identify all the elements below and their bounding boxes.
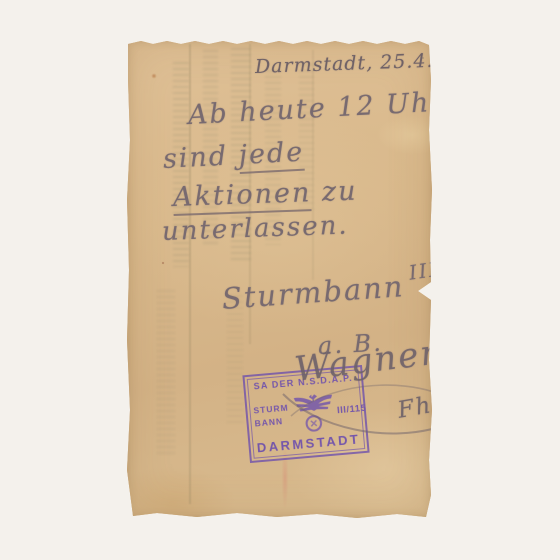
underlined-word: jede xyxy=(238,137,305,174)
unit-number-fraction: III/115 xyxy=(407,250,495,301)
handwriting-line-1: Ab heute 12 Uhr xyxy=(187,87,446,131)
bleed-through-rule xyxy=(312,50,314,280)
handwriting-line-3: Aktionen zu xyxy=(172,176,358,213)
signature: Wagner xyxy=(293,333,441,390)
underlined-word: Aktionen xyxy=(172,177,311,216)
handwriting-line-4: unterlassen. xyxy=(161,210,349,246)
document-photo: Darmstadt, 25.4.33. Ab heute 12 Uhr sind… xyxy=(0,0,560,560)
bleed-through-column xyxy=(157,290,175,455)
document-paper: Darmstadt, 25.4.33. Ab heute 12 Uhr sind… xyxy=(127,40,432,518)
signature-rank: Fhr. xyxy=(396,389,454,424)
handwriting-line-2: sind jede xyxy=(162,137,305,175)
handwriting-location-date: Darmstadt, 25.4.33. xyxy=(255,49,467,78)
eagle-wreath-emblem-icon xyxy=(289,391,336,435)
handwriting-unit-line: SturmbannIII/115 xyxy=(221,261,495,320)
stamp-sturmbann-text: STURM BANN xyxy=(253,402,290,430)
